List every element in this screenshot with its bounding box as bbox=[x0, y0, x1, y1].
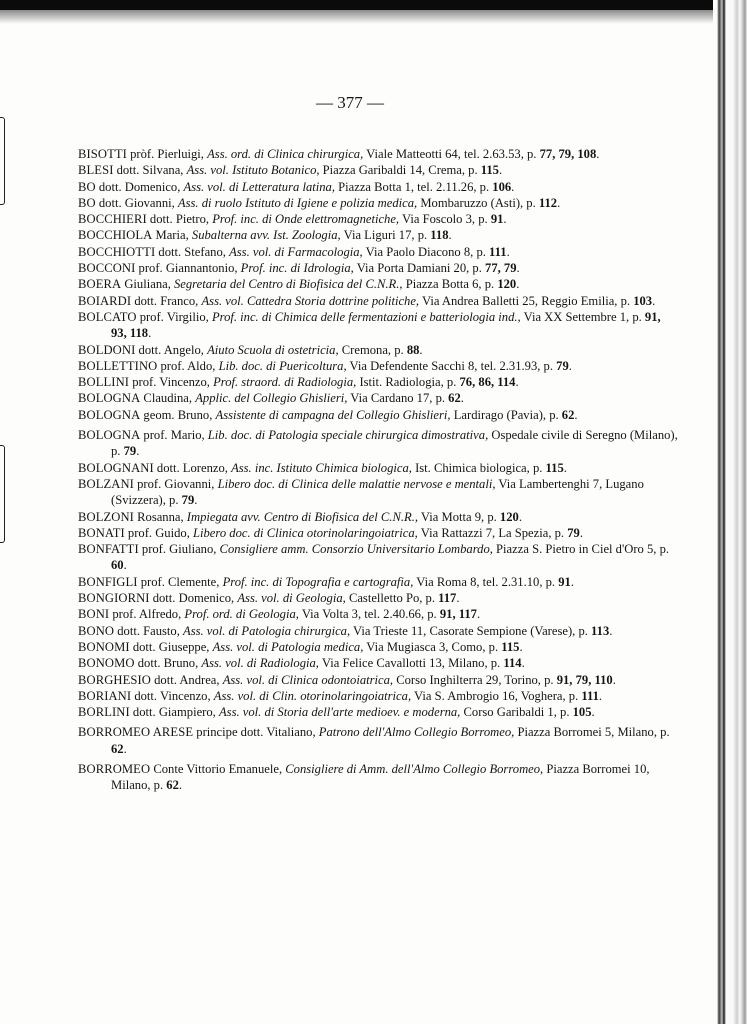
entry-title: dott. Domenico, bbox=[96, 180, 184, 194]
entry-end: . bbox=[124, 558, 127, 572]
entry-name: BOLLETTINO bbox=[78, 359, 157, 373]
entry-end: . bbox=[194, 493, 197, 507]
entry-end: . bbox=[499, 163, 502, 177]
entry-pages: 118 bbox=[430, 228, 448, 242]
entry-end: . bbox=[511, 180, 514, 194]
entry-address: Piazza Borromei 5, Milano, p. bbox=[514, 725, 669, 739]
entry-end: . bbox=[456, 591, 459, 605]
entry-address: Cremona, p. bbox=[339, 343, 407, 357]
entry-role: Ass. inc. Istituto Chimica biologica, bbox=[231, 461, 412, 475]
entry-name: BLESI bbox=[78, 163, 113, 177]
index-entry: BOLOGNANI dott. Lorenzo, Ass. inc. Istit… bbox=[78, 460, 678, 476]
entry-address: Corso Garibaldi 1, p. bbox=[460, 705, 572, 719]
entry-pages: 115 bbox=[481, 163, 499, 177]
entry-name: BOCCHIOLA bbox=[78, 228, 152, 242]
entry-name: BORROMEO ARESE bbox=[78, 725, 193, 739]
entry-role: Ass. vol. di Clinica odontoiatrica, bbox=[223, 673, 393, 687]
entry-role: Ass. vol. di Farmacologia, bbox=[229, 245, 363, 259]
entry-address: Viale Matteotti 64, tel. 2.63.53, p. bbox=[363, 147, 539, 161]
entry-role: Patrono dell'Almo Collegio Borromeo, bbox=[319, 725, 515, 739]
entry-role: Prof. inc. di Chimica delle fermentazion… bbox=[212, 310, 521, 324]
entry-title: Rosanna, bbox=[134, 510, 187, 524]
entry-pages: 79 bbox=[124, 444, 137, 458]
entry-end: . bbox=[571, 575, 574, 589]
entry-pages: 77, 79 bbox=[485, 261, 516, 275]
entry-role: Prof. straord. di Radiologia, bbox=[213, 375, 356, 389]
entry-address: Piazza S. Pietro in Ciel d'Oro 5, p. bbox=[493, 542, 669, 556]
entry-pages: 62 bbox=[111, 742, 124, 756]
index-entry: BONO dott. Fausto, Ass. vol. di Patologi… bbox=[78, 623, 678, 639]
entry-role: Ass. ord. di Clinica chirurgica, bbox=[207, 147, 363, 161]
entry-role: Subalterna avv. Ist. Zoologia, bbox=[192, 228, 341, 242]
entry-title: prof. Giannantonio, bbox=[135, 261, 240, 275]
entry-name: BISOTTI bbox=[78, 147, 127, 161]
entry-pages: 111 bbox=[581, 689, 599, 703]
entry-name: BONOMO bbox=[78, 656, 135, 670]
entry-end: . bbox=[519, 640, 522, 654]
entry-role: Lib. doc. di Patologia speciale chirurgi… bbox=[208, 428, 488, 442]
entry-name: BONOMI bbox=[78, 640, 130, 654]
entry-address: Mombaruzzo (Asti), p. bbox=[417, 196, 539, 210]
entry-pages: 62 bbox=[448, 391, 461, 405]
entry-pages: 112 bbox=[539, 196, 557, 210]
index-entry: BONFIGLI prof. Clemente, Prof. inc. di T… bbox=[78, 574, 678, 590]
entry-role: Prof. inc. di Topografia e cartografia, bbox=[223, 575, 414, 589]
entry-name: BOLOGNA bbox=[78, 428, 140, 442]
index-entry: BOLLINI prof. Vincenzo, Prof. straord. d… bbox=[78, 374, 678, 390]
index-entry: BONI prof. Alfredo, Prof. ord. di Geolog… bbox=[78, 606, 678, 622]
index-entry: BORLINI dott. Giampiero, Ass. vol. di St… bbox=[78, 704, 678, 720]
entry-role: Ass. vol. di Patologia chirurgica, bbox=[183, 624, 350, 638]
entry-pages: 114 bbox=[503, 656, 521, 670]
entry-pages: 120 bbox=[497, 277, 516, 291]
entry-pages: 88 bbox=[407, 343, 420, 357]
entry-address: Piazza Botta 6, p. bbox=[403, 277, 498, 291]
entry-name: BONI bbox=[78, 607, 109, 621]
entry-role: Aiuto Scuola di ostetricia, bbox=[207, 343, 339, 357]
entry-end: . bbox=[580, 526, 583, 540]
entry-name: BOCCHIERI bbox=[78, 212, 147, 226]
entry-pages: 111 bbox=[489, 245, 507, 259]
entry-pages: 79 bbox=[567, 526, 580, 540]
entry-pages: 120 bbox=[500, 510, 519, 524]
entry-end: . bbox=[609, 624, 612, 638]
index-entry: BOLOGNA geom. Bruno, Assistente di campa… bbox=[78, 407, 678, 423]
index-entry: BO dott. Domenico, Ass. vol. di Letterat… bbox=[78, 179, 678, 195]
entry-role: Ass. vol. di Clin. otorinolaringoiatrica… bbox=[214, 689, 411, 703]
entry-role: Ass. vol. di Letteratura latina, bbox=[184, 180, 335, 194]
entry-address: Piazza Botta 1, tel. 2.11.26, p. bbox=[335, 180, 492, 194]
entry-end: . bbox=[517, 261, 520, 275]
entry-end: . bbox=[592, 705, 595, 719]
entry-role: Ass. di ruolo Istituto di Igiene e poliz… bbox=[178, 196, 417, 210]
entry-title: dott. Bruno, bbox=[135, 656, 202, 670]
entry-pages: 91 bbox=[558, 575, 571, 589]
entry-end: . bbox=[613, 673, 616, 687]
index-entry: BOCCHIERI dott. Pietro, Prof. inc. di On… bbox=[78, 211, 678, 227]
entry-title: prof. Alfredo, bbox=[109, 607, 184, 621]
index-entry: BOLCATO prof. Virgilio, Prof. inc. di Ch… bbox=[78, 309, 678, 342]
entry-end: . bbox=[516, 277, 519, 291]
entry-address: Via Liguri 17, p. bbox=[341, 228, 431, 242]
entry-address: Lardirago (Pavia), p. bbox=[451, 408, 562, 422]
entry-title: prof. Giuliano, bbox=[139, 542, 220, 556]
entry-name: BOLDONI bbox=[78, 343, 135, 357]
index-entry: BORROMEO ARESE principe dott. Vitaliano,… bbox=[78, 724, 678, 757]
entry-pages: 115 bbox=[501, 640, 519, 654]
entry-title: prof. Guido, bbox=[125, 526, 193, 540]
entry-pages: 62 bbox=[166, 778, 179, 792]
entry-title: Maria, bbox=[152, 228, 192, 242]
entry-title: geom. Bruno, bbox=[140, 408, 215, 422]
entry-end: . bbox=[477, 607, 480, 621]
entry-name: BONFATTI bbox=[78, 542, 139, 556]
entry-role: Prof. inc. di Onde elettromagnetiche, bbox=[212, 212, 399, 226]
entry-name: BORLINI bbox=[78, 705, 130, 719]
entry-title: Giuliana, bbox=[121, 277, 174, 291]
entry-end: . bbox=[148, 326, 151, 340]
index-entry: BORIANI dott. Vincenzo, Ass. vol. di Cli… bbox=[78, 688, 678, 704]
entry-end: . bbox=[507, 245, 510, 259]
entry-title: prof. Clemente, bbox=[138, 575, 223, 589]
entry-role: Lib. doc. di Puericoltura, bbox=[219, 359, 347, 373]
entry-role: Consigliere di Amm. dell'Almo Collegio B… bbox=[285, 762, 543, 776]
entry-address: Via Motta 9, p. bbox=[418, 510, 500, 524]
entry-address: Via Volta 3, tel. 2.40.66, p. bbox=[299, 607, 440, 621]
index-entry: BONOMI dott. Giuseppe, Ass. vol. di Pato… bbox=[78, 639, 678, 655]
entry-title: dott. Angelo, bbox=[135, 343, 207, 357]
index-entry: BOLDONI dott. Angelo, Aiuto Scuola di os… bbox=[78, 342, 678, 358]
entry-pages: 91 bbox=[491, 212, 504, 226]
entry-name: BORROMEO bbox=[78, 762, 150, 776]
entry-name: BORIANI bbox=[78, 689, 131, 703]
entry-name: BONGIORNI bbox=[78, 591, 150, 605]
entry-pages: 76, 86, 114 bbox=[460, 375, 516, 389]
entry-name: BOLZONI bbox=[78, 510, 134, 524]
entry-role: Consigliere amm. Consorzio Universitario… bbox=[220, 542, 493, 556]
entry-name: BONFIGLI bbox=[78, 575, 138, 589]
entry-title: dott. Silvana, bbox=[113, 163, 186, 177]
entry-title: pròf. Pierluigi, bbox=[127, 147, 207, 161]
entry-pages: 113 bbox=[591, 624, 609, 638]
entry-name: BOCCHIOTTI bbox=[78, 245, 155, 259]
entry-address: Castelletto Po, p. bbox=[346, 591, 438, 605]
entry-name: BO bbox=[78, 180, 96, 194]
entry-address: Via Felice Cavallotti 13, Milano, p. bbox=[319, 656, 503, 670]
index-entry: BOLLETTINO prof. Aldo, Lib. doc. di Puer… bbox=[78, 358, 678, 374]
index-entry: BONGIORNI dott. Domenico, Ass. vol. di G… bbox=[78, 590, 678, 606]
entry-name: BOLLINI bbox=[78, 375, 129, 389]
entry-name: BO bbox=[78, 196, 96, 210]
index-entry: BONATI prof. Guido, Libero doc. di Clini… bbox=[78, 525, 678, 541]
entry-end: . bbox=[652, 294, 655, 308]
entry-name: BONO bbox=[78, 624, 114, 638]
entry-end: . bbox=[557, 196, 560, 210]
entry-end: . bbox=[503, 212, 506, 226]
entry-name: BOLOGNA bbox=[78, 391, 140, 405]
entry-title: dott. Vincenzo, bbox=[131, 689, 214, 703]
entry-role: Libero doc. di Clinica otorinolaringoiat… bbox=[193, 526, 418, 540]
entry-address: Via Roma 8, tel. 2.31.10, p. bbox=[413, 575, 558, 589]
entry-title: Claudina, bbox=[140, 391, 195, 405]
entry-end: . bbox=[515, 375, 518, 389]
entry-title: principe dott. Vitaliano, bbox=[193, 725, 319, 739]
entry-title: Conte Vittorio Emanuele, bbox=[150, 762, 285, 776]
index-entry: BOCCHIOTTI dott. Stefano, Ass. vol. di F… bbox=[78, 244, 678, 260]
index-entry: BOCCONI prof. Giannantonio, Prof. inc. d… bbox=[78, 260, 678, 276]
entry-role: Prof. ord. di Geologia, bbox=[184, 607, 299, 621]
entry-pages: 105 bbox=[573, 705, 592, 719]
entry-title: dott. Fausto, bbox=[114, 624, 183, 638]
entry-name: BOCCONI bbox=[78, 261, 135, 275]
entry-role: Ass. vol. di Radiologia, bbox=[201, 656, 319, 670]
index-entry: BOLZANI prof. Giovanni, Libero doc. di C… bbox=[78, 476, 678, 509]
entry-title: prof. Virgilio, bbox=[137, 310, 212, 324]
index-entry: BORGHESIO dott. Andrea, Ass. vol. di Cli… bbox=[78, 672, 678, 688]
entry-name: BONATI bbox=[78, 526, 125, 540]
entry-role: Libero doc. di Clinica delle malattie ne… bbox=[218, 477, 496, 491]
entry-role: Assistente di campagna del Collegio Ghis… bbox=[216, 408, 451, 422]
entry-role: Segretaria del Centro di Biofisica del C… bbox=[174, 277, 403, 291]
index-entry: BO dott. Giovanni, Ass. di ruolo Istitut… bbox=[78, 195, 678, 211]
index-entry: BISOTTI pròf. Pierluigi, Ass. ord. di Cl… bbox=[78, 146, 678, 162]
entry-end: . bbox=[596, 147, 599, 161]
entry-title: dott. Giampiero, bbox=[130, 705, 219, 719]
entry-title: dott. Giovanni, bbox=[96, 196, 178, 210]
entry-name: BORGHESIO bbox=[78, 673, 151, 687]
index-entry: BOLOGNA Claudina, Applic. del Collegio G… bbox=[78, 390, 678, 406]
entry-address: Corso Inghilterra 29, Torino, p. bbox=[393, 673, 557, 687]
entry-pages: 62 bbox=[562, 408, 575, 422]
index-entry: BOLOGNA prof. Mario, Lib. doc. di Patolo… bbox=[78, 427, 678, 460]
entry-address: Via Mugiasca 3, Como, p. bbox=[363, 640, 501, 654]
index-entry: BLESI dott. Silvana, Ass. vol. Istituto … bbox=[78, 162, 678, 178]
entry-end: . bbox=[461, 391, 464, 405]
entry-title: prof. Giovanni, bbox=[134, 477, 218, 491]
index-entries: BISOTTI pròf. Pierluigi, Ass. ord. di Cl… bbox=[78, 146, 678, 794]
entry-address: Via Rattazzi 7, La Spezia, p. bbox=[418, 526, 567, 540]
entry-role: Ass. vol. di Patologia medica, bbox=[213, 640, 364, 654]
index-entry: BOIARDI dott. Franco, Ass. vol. Cattedra… bbox=[78, 293, 678, 309]
entry-address: Ist. Chimica biologica, p. bbox=[412, 461, 546, 475]
entry-name: BOLOGNANI bbox=[78, 461, 154, 475]
entry-address: Via Porta Damiani 20, p. bbox=[354, 261, 485, 275]
entry-role: Impiegata avv. Centro di Biofisica del C… bbox=[187, 510, 418, 524]
entry-address: Piazza Garibaldi 14, Crema, p. bbox=[320, 163, 481, 177]
entry-pages: 117 bbox=[438, 591, 456, 605]
entry-end: . bbox=[136, 444, 139, 458]
entry-pages: 77, 79, 108 bbox=[540, 147, 597, 161]
entry-end: . bbox=[599, 689, 602, 703]
page-number: — 377 — bbox=[0, 93, 700, 113]
entry-role: Ass. vol. di Geologia, bbox=[237, 591, 345, 605]
index-entry: BONOMO dott. Bruno, Ass. vol. di Radiolo… bbox=[78, 655, 678, 671]
entry-role: Prof. inc. di Idrologia, bbox=[241, 261, 354, 275]
entry-address: Via Andrea Balletti 25, Reggio Emilia, p… bbox=[419, 294, 633, 308]
entry-pages: 115 bbox=[546, 461, 564, 475]
entry-name: BOERA bbox=[78, 277, 121, 291]
entry-end: . bbox=[522, 656, 525, 670]
entry-end: . bbox=[179, 778, 182, 792]
entry-end: . bbox=[564, 461, 567, 475]
entry-name: BOLZANI bbox=[78, 477, 134, 491]
entry-end: . bbox=[449, 228, 452, 242]
entry-pages: 91, 79, 110 bbox=[557, 673, 613, 687]
entry-title: prof. Vincenzo, bbox=[129, 375, 213, 389]
entry-title: dott. Andrea, bbox=[151, 673, 223, 687]
entry-title: prof. Mario, bbox=[140, 428, 208, 442]
index-entry: BOLZONI Rosanna, Impiegata avv. Centro d… bbox=[78, 509, 678, 525]
entry-end: . bbox=[519, 510, 522, 524]
entry-address: Via Trieste 11, Casorate Sempione (Vares… bbox=[350, 624, 591, 638]
entry-pages: 79 bbox=[182, 493, 195, 507]
entry-role: Ass. vol. Cattedra Storia dottrine polit… bbox=[201, 294, 419, 308]
entry-title: dott. Lorenzo, bbox=[154, 461, 231, 475]
entry-pages: 103 bbox=[633, 294, 652, 308]
entry-name: BOLOGNA bbox=[78, 408, 140, 422]
document-page: — 377 — BISOTTI pròf. Pierluigi, Ass. or… bbox=[0, 0, 747, 1024]
entry-end: . bbox=[574, 408, 577, 422]
entry-end: . bbox=[569, 359, 572, 373]
entry-address: Via Cardano 17, p. bbox=[347, 391, 448, 405]
entry-title: dott. Pietro, bbox=[147, 212, 212, 226]
index-entry: BOCCHIOLA Maria, Subalterna avv. Ist. Zo… bbox=[78, 227, 678, 243]
entry-title: dott. Stefano, bbox=[155, 245, 229, 259]
entry-role: Ass. vol. di Storia dell'arte medioev. e… bbox=[219, 705, 460, 719]
entry-title: prof. Aldo, bbox=[157, 359, 218, 373]
entry-address: Via S. Ambrogio 16, Voghera, p. bbox=[411, 689, 581, 703]
entry-title: dott. Franco, bbox=[131, 294, 201, 308]
index-entry: BONFATTI prof. Giuliano, Consigliere amm… bbox=[78, 541, 678, 574]
entry-title: dott. Domenico, bbox=[150, 591, 238, 605]
entry-role: Ass. vol. Istituto Botanico, bbox=[187, 163, 320, 177]
entry-pages: 79 bbox=[556, 359, 569, 373]
entry-title: dott. Giuseppe, bbox=[130, 640, 213, 654]
entry-pages: 60 bbox=[111, 558, 124, 572]
entry-role: Applic. del Collegio Ghislieri, bbox=[195, 391, 347, 405]
entry-pages: 91, 117 bbox=[440, 607, 477, 621]
entry-end: . bbox=[419, 343, 422, 357]
index-entry: BORROMEO Conte Vittorio Emanuele, Consig… bbox=[78, 761, 678, 794]
entry-pages: 106 bbox=[492, 180, 511, 194]
entry-name: BOIARDI bbox=[78, 294, 131, 308]
entry-address: Via Foscolo 3, p. bbox=[399, 212, 491, 226]
index-entry: BOERA Giuliana, Segretaria del Centro di… bbox=[78, 276, 678, 292]
entry-address: Via XX Settembre 1, p. bbox=[521, 310, 645, 324]
entry-end: . bbox=[124, 742, 127, 756]
entry-address: Via Defendente Sacchi 8, tel. 2.31.93, p… bbox=[347, 359, 557, 373]
entry-address: Via Paolo Diacono 8, p. bbox=[363, 245, 489, 259]
entry-address: Istit. Radiologia, p. bbox=[356, 375, 459, 389]
entry-name: BOLCATO bbox=[78, 310, 137, 324]
